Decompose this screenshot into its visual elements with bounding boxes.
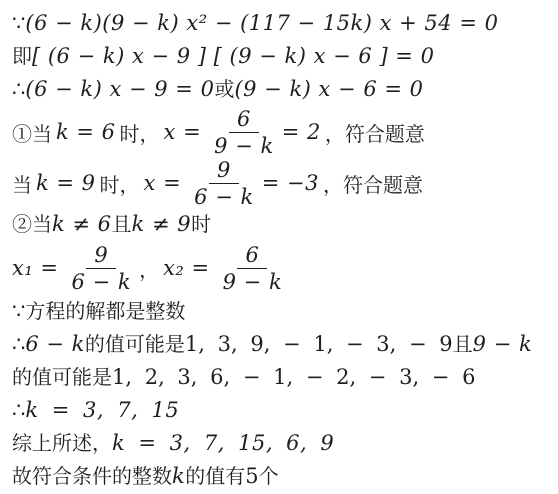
x1-equals: x₁ = [12,256,59,280]
conclusion-text-end: 个 [259,466,279,488]
when-label: 时， [120,118,160,147]
therefore-symbol: ∴ [12,332,25,356]
expression-9-minus-k: 9 − k [473,332,533,356]
fraction-numerator: 6 [237,243,267,269]
therefore-symbol: ∴ [12,398,25,422]
solution-line-6: ②当k ≠ 6且k ≠ 9时 [12,208,550,241]
fits-condition-label: ，符合题意 [325,118,425,147]
condition-k-not-9: k ≠ 9 [132,212,192,236]
solution-line-7: x₁ = 96 − k ， x₂ = 69 − k [12,241,550,295]
fraction-denominator: 6 − k [68,269,136,294]
k-values-partial: k = 3, 7, 15 [25,398,179,422]
solution-line-8: ∵方程的解都是整数 [12,295,550,328]
solutions-are-integers-text: 方程的解都是整数 [25,301,185,323]
fraction-numerator: 9 [86,243,116,269]
solution-line-4: ①当 k = 6 时， x = 69 − k = 2 ，符合题意 [12,106,550,158]
fraction-numerator: 9 [209,158,239,184]
when-label: 时， [100,169,140,198]
solution-line-9: ∴6 − k的值可能是1, 3, 9, − 1, − 3, − 9且9 − k [12,328,550,361]
count-value: 5 [245,464,258,488]
fraction-6-over-9-minus-k: 69 − k [210,107,278,158]
x-equals: x = [164,120,202,144]
case-1-label: ①当 [12,118,52,147]
that-is-label: 即 [12,46,32,68]
fraction-numerator: 6 [229,107,259,133]
and-label: 且 [112,214,132,236]
solution-line-11: ∴k = 3, 7, 15 [12,394,550,427]
fraction-6-over-9-minus-k: 69 − k [219,243,287,294]
solution-line-5: 当 k = 9 时， x = 96 − k = −3 ，符合题意 [12,158,550,208]
solution-line-3: ∴(6 − k) x − 9 = 0或(9 − k) x − 6 = 0 [12,73,550,106]
because-symbol: ∵ [12,299,25,323]
because-symbol: ∵ [12,11,25,35]
fraction-9-over-6-minus-k: 96 − k [68,243,136,294]
condition-k-not-6: k ≠ 6 [52,212,112,236]
solution-line-12: 综上所述，k = 3, 7, 15, 6, 9 [12,427,550,460]
k-values-all: k = 3, 7, 15, 6, 9 [112,431,334,455]
conclusion-text-start: 故符合条件的整数 [12,466,172,488]
result-equals-minus-3: = −3 [262,171,319,195]
therefore-symbol: ∴ [12,77,25,101]
or-label: 或 [214,79,234,101]
fits-condition-label: ，符合题意 [323,169,423,198]
fraction-denominator: 6 − k [190,184,258,209]
conclusion-text-mid: 的值有 [185,466,245,488]
when-prefix-label: 当 [12,169,32,198]
and-label: 且 [453,334,473,356]
solution-line-2: 即[ (6 − k) x − 9 ] [ (9 − k) x − 6 ] = 0 [12,40,550,73]
solution-line-1: ∵(6 − k)(9 − k) x² − (117 − 15k) x + 54 … [12,7,550,40]
variable-k: k [172,464,185,488]
comma-separator: ， [139,254,159,283]
possible-values-list: 1, 3, 9, − 1, − 3, − 9 [185,332,453,356]
x2-equals: x₂ = [163,256,210,280]
expression-6-minus-k: 6 − k [25,332,85,356]
when-label: 时 [191,214,211,236]
in-summary-label: 综上所述， [12,433,112,455]
fraction-9-over-6-minus-k: 96 − k [190,158,258,209]
equation-original: (6 − k)(9 − k) x² − (117 − 15k) x + 54 =… [25,11,498,35]
solution-line-13: 故符合条件的整数k的值有5个 [12,460,550,493]
math-solution-document: ∵(6 − k)(9 − k) x² − (117 − 15k) x + 54 … [0,0,558,493]
condition-k-equals-6: k = 6 [56,120,116,144]
fraction-denominator: 9 − k [210,133,278,158]
x-equals: x = [144,171,182,195]
equation-factored: [ (6 − k) x − 9 ] [ (9 − k) x − 6 ] = 0 [32,44,434,68]
condition-k-equals-9: k = 9 [36,171,96,195]
result-equals-2: = 2 [282,120,321,144]
equation-case-b: (9 − k) x − 6 = 0 [234,77,423,101]
possible-values-label: 的值可能是 [12,367,112,389]
solution-line-10: 的值可能是1, 2, 3, 6, − 1, − 2, − 3, − 6 [12,361,550,394]
equation-case-a: (6 − k) x − 9 = 0 [25,77,214,101]
possible-values-label: 的值可能是 [85,334,185,356]
case-2-label: ②当 [12,214,52,236]
possible-values-list: 1, 2, 3, 6, − 1, − 2, − 3, − 6 [112,365,475,389]
fraction-denominator: 9 − k [219,269,287,294]
